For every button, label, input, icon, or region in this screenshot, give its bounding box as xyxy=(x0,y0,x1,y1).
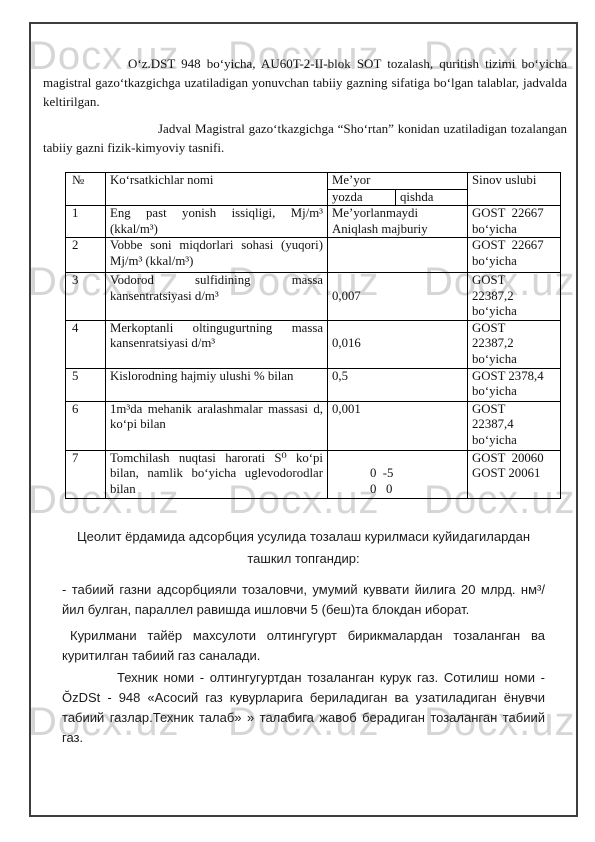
norm-value: 0,5 xyxy=(328,368,468,401)
col-header-winter: qishda xyxy=(396,189,468,206)
norm-value: 0,001 xyxy=(328,401,468,450)
row-number: 3 xyxy=(66,273,106,321)
table-row: 7 Tomchilash nuqtasi harorati S⁰ ko‘pi b… xyxy=(66,450,561,498)
row-number: 6 xyxy=(66,401,106,450)
col-header-test-method: Sinov uslubi xyxy=(468,173,561,206)
row-number: 5 xyxy=(66,368,106,401)
zeolite-section-title: Цеолит ёрдамида адсорбция усулида тозала… xyxy=(62,526,545,570)
norm-value: Me’yorlanmaydi Aniqlash majburiy xyxy=(328,206,468,238)
test-method: GOST 22667 bo‘yicha xyxy=(468,238,561,273)
col-header-norm: Me’yor xyxy=(328,173,468,190)
test-method: GOST 22667 bo‘yicha xyxy=(468,206,561,238)
test-method: GOST 22387,2 bo‘yicha xyxy=(468,320,561,368)
table-row: 3 Vodorod sulfidining massa kansentratsi… xyxy=(66,273,561,321)
norm-value: 0,016 xyxy=(328,320,468,368)
zeolite-paragraph-product: Курилмани тайёр махсулоти олтингугурт би… xyxy=(62,626,545,666)
test-method: GOST 22387,2 bo‘yicha xyxy=(468,273,561,321)
row-number: 1 xyxy=(66,206,106,238)
test-method: GOST 20060 GOST 20061 xyxy=(468,450,561,498)
col-header-indicator-name: Ko‘rsatkichlar nomi xyxy=(106,173,328,206)
norm-value xyxy=(328,238,468,273)
table-row: 5 Kislorodning hajmiy ulushi % bilan 0,5… xyxy=(66,368,561,401)
col-header-summer: yozda xyxy=(328,189,396,206)
document-page: Docx.uz Docx.uz Docx.uz Docx.uz Docx.uz … xyxy=(0,0,595,842)
test-method: GOST 22387,4 bo‘yicha xyxy=(468,401,561,450)
zeolite-paragraph-blocks: - табиий газни адсорбцияли тозаловчи, ум… xyxy=(62,580,545,620)
gas-quality-spec-table: № Ko‘rsatkichlar nomi Me’yor Sinov uslub… xyxy=(65,172,561,499)
table-row: 6 1m³da mehanik aralashmalar massasi d, … xyxy=(66,401,561,450)
col-header-number: № xyxy=(66,173,106,206)
indicator-name: Merkoptanli oltingugurtning massa kansen… xyxy=(106,320,328,368)
zeolite-paragraph-technical-name: Техник номи - олтингугуртдан тозаланган … xyxy=(62,668,545,748)
norm-value: 0 -5 0 0 xyxy=(328,450,468,498)
table-row: 4 Merkoptanli oltingugurtning massa kans… xyxy=(66,320,561,368)
table-row: 2 Vobbe soni miqdorlari sohasi (yuqori) … xyxy=(66,238,561,273)
table-header-row-1: № Ko‘rsatkichlar nomi Me’yor Sinov uslub… xyxy=(66,173,561,190)
intro-paragraph-requirements: O‘z.DST 948 bo‘yicha, AU60T-2-II-blok SO… xyxy=(43,54,567,111)
table-row: 1 Eng past yonish issiqligi, Mj/m³ (kkal… xyxy=(66,206,561,238)
norm-value: 0,007 xyxy=(328,273,468,321)
row-number: 4 xyxy=(66,320,106,368)
indicator-name: Eng past yonish issiqligi, Mj/m³ (kkal/m… xyxy=(106,206,328,238)
page-content: O‘z.DST 948 bo‘yicha, AU60T-2-II-blok SO… xyxy=(0,0,595,842)
test-method: GOST 2378,4 bo‘yicha xyxy=(468,368,561,401)
intro-paragraph-table-caption: Jadval Magistral gazo‘tkazgichga “Sho‘rt… xyxy=(43,119,567,157)
zeolite-section: Цеолит ёрдамида адсорбция усулида тозала… xyxy=(62,526,545,748)
indicator-name: Vobbe soni miqdorlari sohasi (yuqori) Mj… xyxy=(106,238,328,273)
indicator-name: 1m³da mehanik aralashmalar massasi d, ko… xyxy=(106,401,328,450)
row-number: 7 xyxy=(66,450,106,498)
row-number: 2 xyxy=(66,238,106,273)
indicator-name: Vodorod sulfidining massa kansentratsiya… xyxy=(106,273,328,321)
indicator-name: Tomchilash nuqtasi harorati S⁰ ko‘pi bil… xyxy=(106,450,328,498)
indicator-name: Kislorodning hajmiy ulushi % bilan xyxy=(106,368,328,401)
